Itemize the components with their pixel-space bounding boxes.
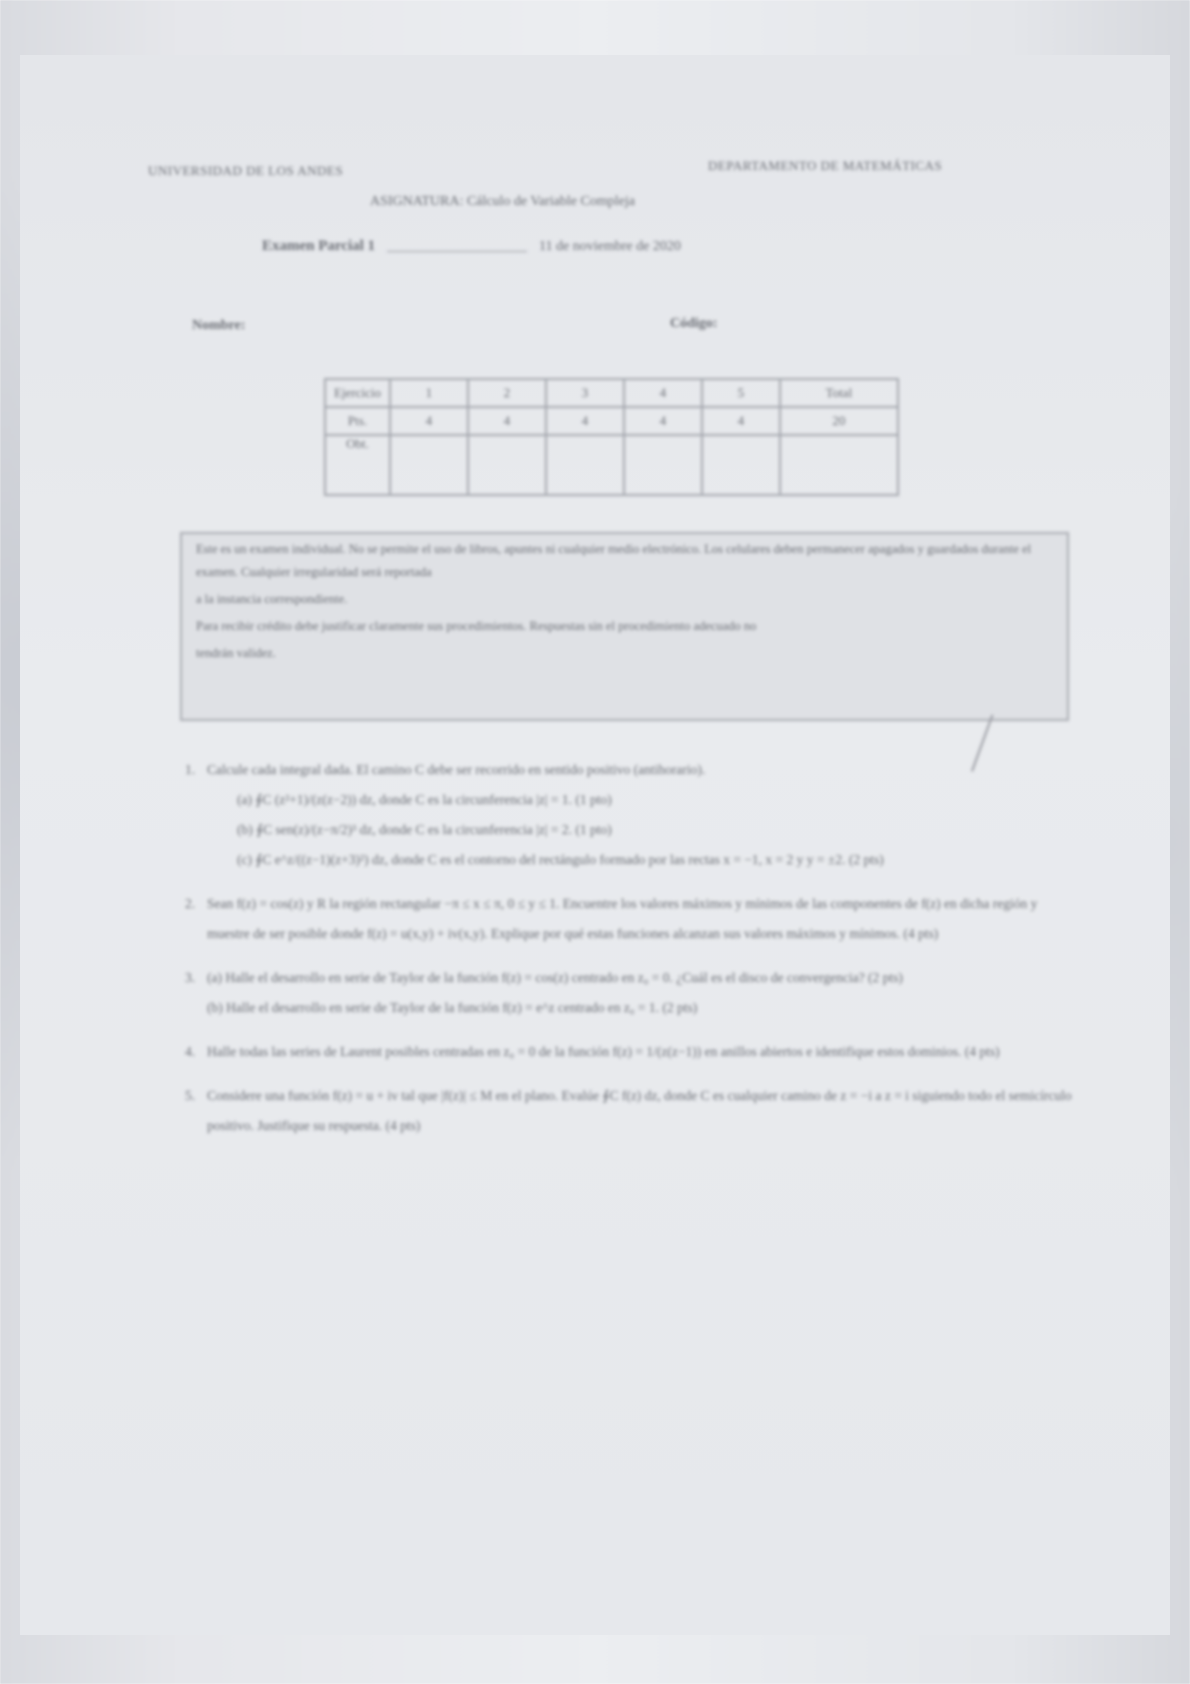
col-header: 2	[468, 379, 546, 407]
university-name: UNIVERSIDAD DE LOS ANDES	[148, 163, 343, 179]
question-number: 4.	[185, 1037, 207, 1067]
obtained-row: Obt.	[325, 435, 898, 495]
col-header: 1	[390, 379, 468, 407]
instruction-line: Para recibir crédito debe justificar cla…	[196, 615, 1053, 638]
question-3: 3. (a) Halle el desarrollo en serie de T…	[185, 963, 1075, 1023]
question-number: 5.	[185, 1081, 207, 1141]
question-number: 3.	[185, 963, 207, 1023]
col-header: 5	[702, 379, 780, 407]
obtained-cell	[624, 435, 702, 495]
question-number: 1.	[185, 755, 207, 875]
course-title: ASIGNATURA: Cálculo de Variable Compleja	[370, 194, 635, 210]
question-text: Calcule cada integral dada. El camino C …	[207, 755, 884, 785]
obtained-cell	[702, 435, 780, 495]
question-text: Considere una función f(z) = u + iv tal …	[207, 1081, 1075, 1141]
points-cell: 4	[390, 407, 468, 435]
col-header: Total	[780, 379, 898, 407]
exam-title-line: Examen Parcial 1 11 de noviembre de 2020	[262, 238, 681, 255]
question-part: (b) ∮C sen(z)/(z−π/2)³ dz, donde C es la…	[237, 815, 884, 845]
question-part: (c) ∮C e^z/((z−1)(z+3)²) dz, donde C es …	[237, 845, 884, 875]
exam-date: 11 de noviembre de 2020	[539, 239, 681, 255]
question-part: (a) ∮C (z²+1)/(z(z−2)) dz, donde C es la…	[237, 785, 884, 815]
question-1: 1. Calcule cada integral dada. El camino…	[185, 755, 1075, 875]
score-header-row: Ejercicio 1 2 3 4 5 Total	[325, 379, 898, 407]
obtained-cell	[390, 435, 468, 495]
question-5: 5. Considere una función f(z) = u + iv t…	[185, 1081, 1075, 1141]
col-header: 4	[624, 379, 702, 407]
question-text: Halle todas las series de Laurent posibl…	[207, 1037, 1000, 1067]
title-rule	[387, 241, 527, 252]
question-number: 2.	[185, 889, 207, 949]
department-name: DEPARTAMENTO DE MATEMÁTICAS	[708, 158, 942, 174]
col-header: 3	[546, 379, 624, 407]
question-4: 4. Halle todas las series de Laurent pos…	[185, 1037, 1075, 1067]
points-cell: 4	[546, 407, 624, 435]
question-2: 2. Sean f(z) = cos(z) y R la región rect…	[185, 889, 1075, 949]
points-cell: 20	[780, 407, 898, 435]
instruction-line: Este es un examen individual. No se perm…	[196, 538, 1053, 584]
obtained-cell	[468, 435, 546, 495]
row-label: Ejercicio	[325, 379, 390, 407]
instructions-box: Este es un examen individual. No se perm…	[180, 532, 1069, 721]
row-label: Obt.	[325, 435, 390, 495]
points-row: Pts. 4 4 4 4 4 20	[325, 407, 898, 435]
instruction-line: a la instancia correspondiente.	[196, 588, 1053, 611]
exam-title: Examen Parcial 1	[262, 238, 375, 255]
row-label: Pts.	[325, 407, 390, 435]
instruction-line: tendrán validez.	[196, 642, 1053, 665]
obtained-cell	[780, 435, 898, 495]
points-cell: 4	[468, 407, 546, 435]
points-cell: 4	[624, 407, 702, 435]
points-cell: 4	[702, 407, 780, 435]
question-text: Sean f(z) = cos(z) y R la región rectang…	[207, 889, 1075, 949]
question-part: (b) Halle el desarrollo en serie de Tayl…	[207, 993, 903, 1023]
obtained-cell	[546, 435, 624, 495]
score-table: Ejercicio 1 2 3 4 5 Total Pts. 4 4 4 4 4…	[324, 378, 899, 496]
questions-list: 1. Calcule cada integral dada. El camino…	[185, 755, 1075, 1155]
question-text: (a) Halle el desarrollo en serie de Tayl…	[207, 963, 903, 993]
code-label: Código:	[670, 316, 717, 332]
name-label: Nombre:	[192, 318, 245, 334]
